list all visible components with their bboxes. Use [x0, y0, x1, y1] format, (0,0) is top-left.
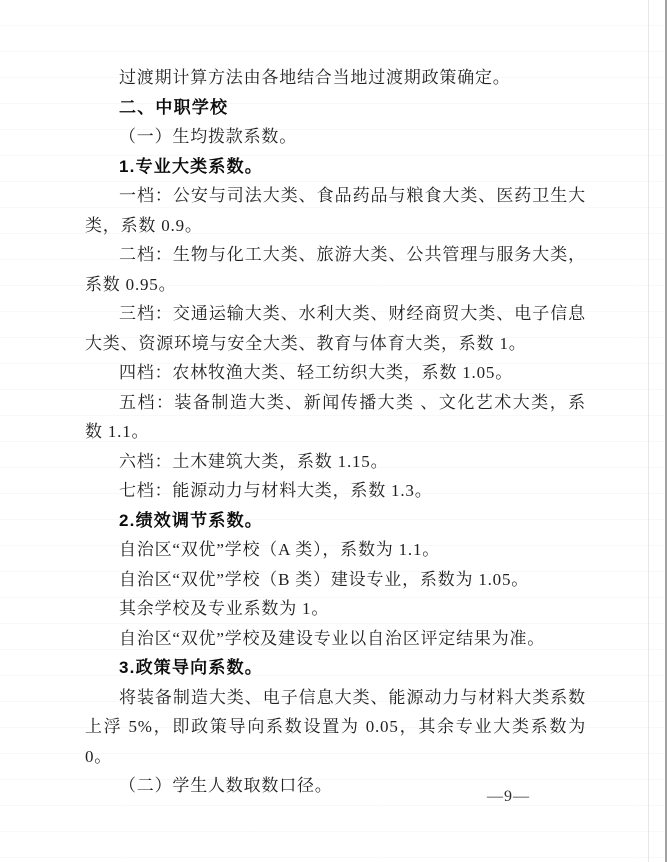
paragraph-tier-1: 一档：公安与司法大类、食品药品与粮食大类、医药卫生大类，系数 0.9。 [85, 181, 586, 240]
heading-major-category-coefficient: 1.专业大类系数。 [85, 152, 586, 182]
paragraph-shuangyou-school-b: 自治区“双优”学校（B 类）建设专业，系数为 1.05。 [85, 565, 586, 595]
page-number: —9— [487, 788, 530, 806]
paragraph-per-student-funding-coefficient: （一）生均拨款系数。 [85, 122, 586, 152]
paragraph-tier-4: 四档：农林牧渔大类、轻工纺织大类，系数 1.05。 [85, 358, 586, 388]
paragraph-tier-7: 七档：能源动力与材料大类，系数 1.3。 [85, 476, 586, 506]
scan-artifact-vertical-crease [648, 0, 649, 862]
document-body: 过渡期计算方法由各地结合当地过渡期政策确定。 二、中职学校 （一）生均拨款系数。… [85, 63, 586, 801]
paragraph-tier-3: 三档：交通运输大类、水利大类、财经商贸大类、电子信息大类、资源环境与安全大类、教… [85, 299, 586, 358]
paragraph-tier-2: 二档：生物与化工大类、旅游大类、公共管理与服务大类，系数 0.95。 [85, 240, 586, 299]
paragraph-other-schools-coefficient: 其余学校及专业系数为 1。 [85, 594, 586, 624]
paragraph-shuangyou-evaluation-basis: 自治区“双优”学校及建设专业以自治区评定结果为准。 [85, 624, 586, 654]
heading-section-2-secondary-vocational-schools: 二、中职学校 [85, 93, 586, 123]
paragraph-transition-period: 过渡期计算方法由各地结合当地过渡期政策确定。 [85, 63, 586, 93]
paragraph-shuangyou-school-a: 自治区“双优”学校（A 类），系数为 1.1。 [85, 535, 586, 565]
paragraph-tier-5: 五档：装备制造大类、新闻传播大类 、文化艺术大类，系数 1.1。 [85, 388, 586, 447]
document-page: 过渡期计算方法由各地结合当地过渡期政策确定。 二、中职学校 （一）生均拨款系数。… [0, 0, 667, 862]
paragraph-policy-orientation-detail: 将装备制造大类、电子信息大类、能源动力与材料大类系数上浮 5%，即政策导向系数设… [85, 683, 586, 772]
paragraph-tier-6: 六档：土木建筑大类，系数 1.15。 [85, 447, 586, 477]
heading-policy-orientation-coefficient: 3.政策导向系数。 [85, 653, 586, 683]
heading-performance-adjustment-coefficient: 2.绩效调节系数。 [85, 506, 586, 536]
